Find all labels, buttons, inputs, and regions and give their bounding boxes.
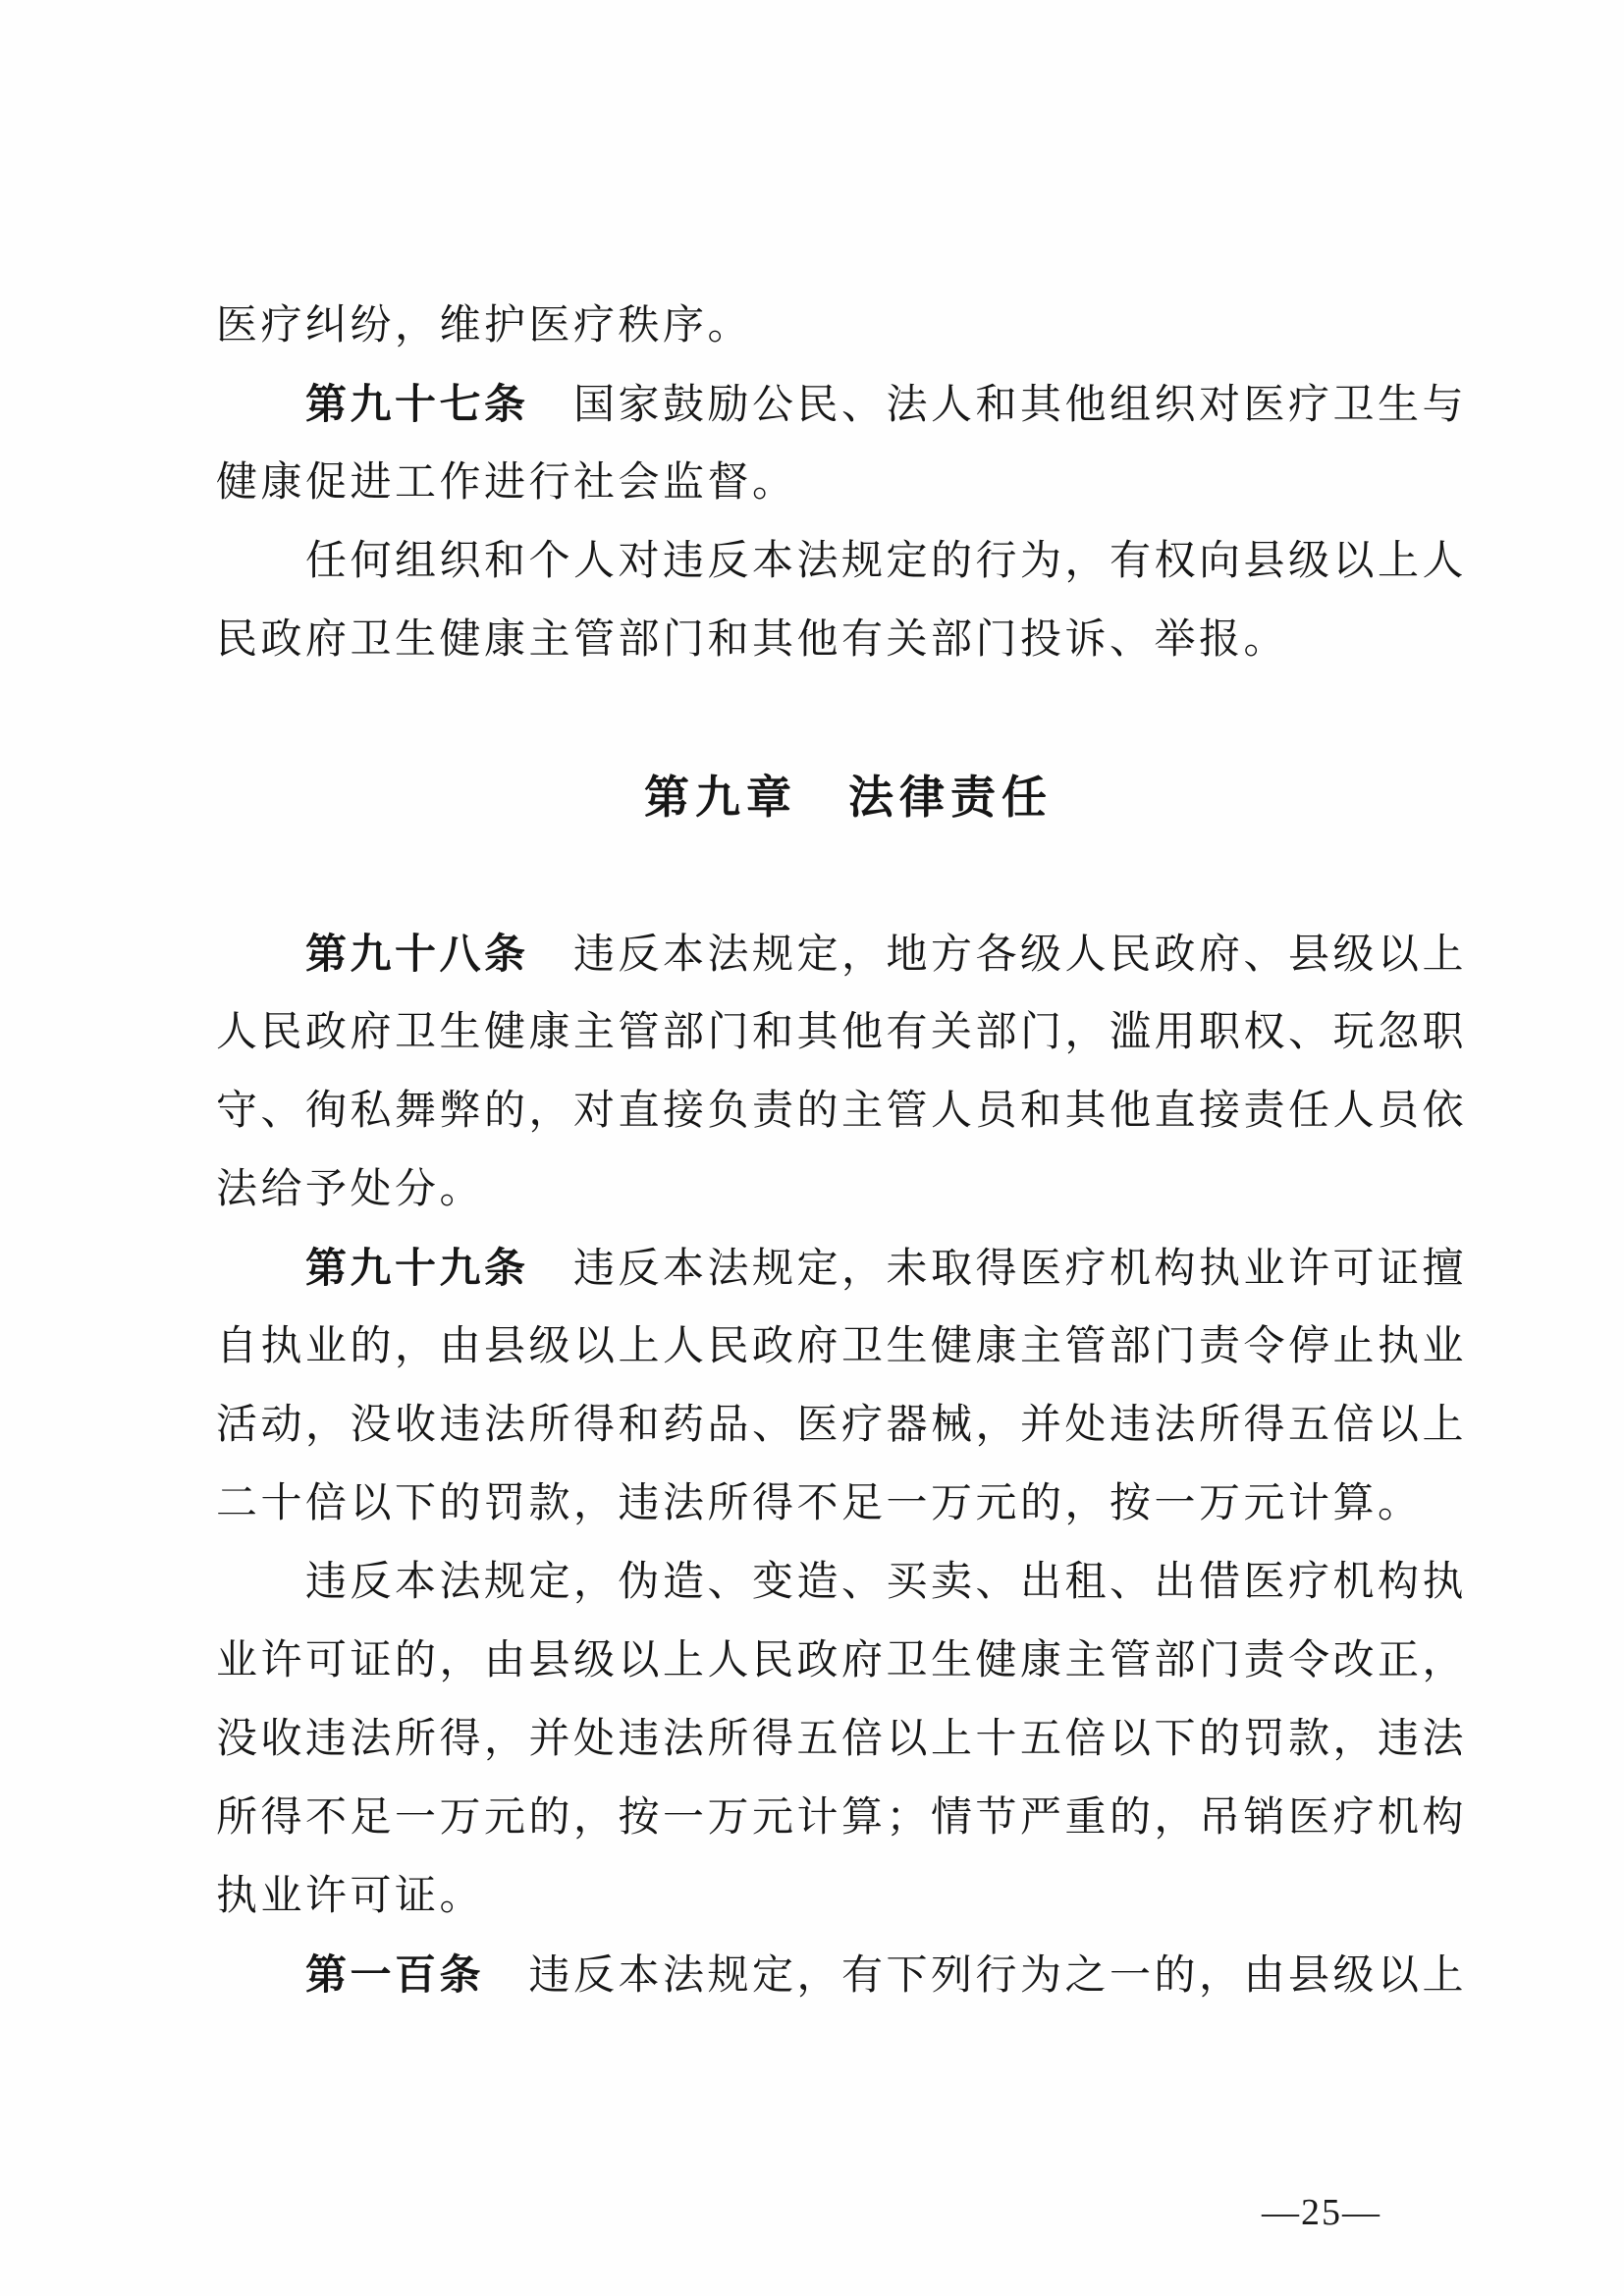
- text-segment: 任何组织和个人对违反本法规定的行为，有权向县级以上人: [305, 539, 1467, 584]
- text-segment: 违反本法规定，未取得医疗机构执业许可证擅: [529, 1247, 1468, 1292]
- text-segment: 没收违法所得，并处违法所得五倍以上十五倍以下的罚款，违法: [216, 1717, 1467, 1762]
- text-line: 第一百条 违反本法规定，有下列行为之一的，由县级以上: [216, 1936, 1481, 2014]
- text-segment: 所得不足一万元的，按一万元计算；情节严重的，吊销医疗机构: [216, 1795, 1467, 1841]
- text-line: 违反本法规定，伪造、变造、买卖、出租、出借医疗机构执: [216, 1543, 1481, 1622]
- document-page: 医疗纠纷，维护医疗秩序。第九十七条 国家鼓励公民、法人和其他组织对医疗卫生与健康…: [0, 0, 1624, 2296]
- text-line: 人民政府卫生健康主管部门和其他有关部门，滥用职权、玩忽职: [216, 993, 1481, 1072]
- text-line: 执业许可证。: [216, 1857, 1481, 1936]
- page-number: —25—: [1262, 2187, 1381, 2238]
- blank-line: [216, 836, 1481, 915]
- text-segment: 自执业的，由县级以上人民政府卫生健康主管部门责令停止执业: [216, 1324, 1467, 1369]
- text-line: 健康促进工作进行社会监督。: [216, 444, 1481, 522]
- text-segment: 活动，没收违法所得和药品、医疗器械，并处违法所得五倍以上: [216, 1403, 1467, 1448]
- text-segment: 人民政府卫生健康主管部门和其他有关部门，滥用职权、玩忽职: [216, 1010, 1467, 1055]
- text-line: 业许可证的，由县级以上人民政府卫生健康主管部门责令改正，: [216, 1622, 1481, 1700]
- text-segment: 业许可证的，由县级以上人民政府卫生健康主管部门责令改正，: [216, 1638, 1467, 1683]
- text-segment: 医疗纠纷，维护医疗秩序。: [216, 303, 752, 348]
- text-segment: 违反本法规定，伪造、变造、买卖、出租、出借医疗机构执: [305, 1560, 1467, 1605]
- text-line: 二十倍以下的罚款，违法所得不足一万元的，按一万元计算。: [216, 1465, 1481, 1543]
- text-line: 没收违法所得，并处违法所得五倍以上十五倍以下的罚款，违法: [216, 1700, 1481, 1779]
- text-segment: 民政府卫生健康主管部门和其他有关部门投诉、举报。: [216, 617, 1288, 663]
- text-segment: 守、徇私舞弊的，对直接负责的主管人员和其他直接责任人员依: [216, 1089, 1467, 1134]
- text-segment: 执业许可证。: [216, 1874, 484, 1919]
- text-line: 任何组织和个人对违反本法规定的行为，有权向县级以上人: [216, 522, 1481, 601]
- text-line: 医疗纠纷，维护医疗秩序。: [216, 287, 1481, 365]
- document-lines: 医疗纠纷，维护医疗秩序。第九十七条 国家鼓励公民、法人和其他组织对医疗卫生与健康…: [216, 287, 1481, 2014]
- text-line: 所得不足一万元的，按一万元计算；情节严重的，吊销医疗机构: [216, 1779, 1481, 1857]
- text-segment: 健康促进工作进行社会监督。: [216, 460, 797, 506]
- chapter-heading: 第九章 法律责任: [216, 758, 1481, 836]
- text-segment: 法给予处分。: [216, 1167, 484, 1212]
- text-line: 第九十九条 违反本法规定，未取得医疗机构执业许可证擅: [216, 1229, 1481, 1308]
- article-number: 第九十七条: [305, 381, 529, 427]
- text-line: 守、徇私舞弊的，对直接负责的主管人员和其他直接责任人员依: [216, 1072, 1481, 1150]
- text-segment: 二十倍以下的罚款，违法所得不足一万元的，按一万元计算。: [216, 1481, 1423, 1526]
- text-line: 自执业的，由县级以上人民政府卫生健康主管部门责令停止执业: [216, 1308, 1481, 1386]
- text-line: 第九十八条 违反本法规定，地方各级人民政府、县级以上: [216, 915, 1481, 993]
- article-number: 第一百条: [305, 1951, 484, 1998]
- article-number: 第九十八条: [305, 931, 529, 977]
- text-line: 法给予处分。: [216, 1150, 1481, 1229]
- article-number: 第九十九条: [305, 1245, 529, 1291]
- text-line: 第九十七条 国家鼓励公民、法人和其他组织对医疗卫生与: [216, 365, 1481, 444]
- text-segment: 违反本法规定，地方各级人民政府、县级以上: [529, 933, 1468, 978]
- text-segment: 国家鼓励公民、法人和其他组织对医疗卫生与: [529, 383, 1468, 428]
- text-segment: 违反本法规定，有下列行为之一的，由县级以上: [484, 1953, 1467, 1999]
- text-line: 民政府卫生健康主管部门和其他有关部门投诉、举报。: [216, 601, 1481, 679]
- text-line: 活动，没收违法所得和药品、医疗器械，并处违法所得五倍以上: [216, 1386, 1481, 1465]
- article-number: 第九章 法律责任: [644, 772, 1053, 823]
- blank-line: [216, 679, 1481, 758]
